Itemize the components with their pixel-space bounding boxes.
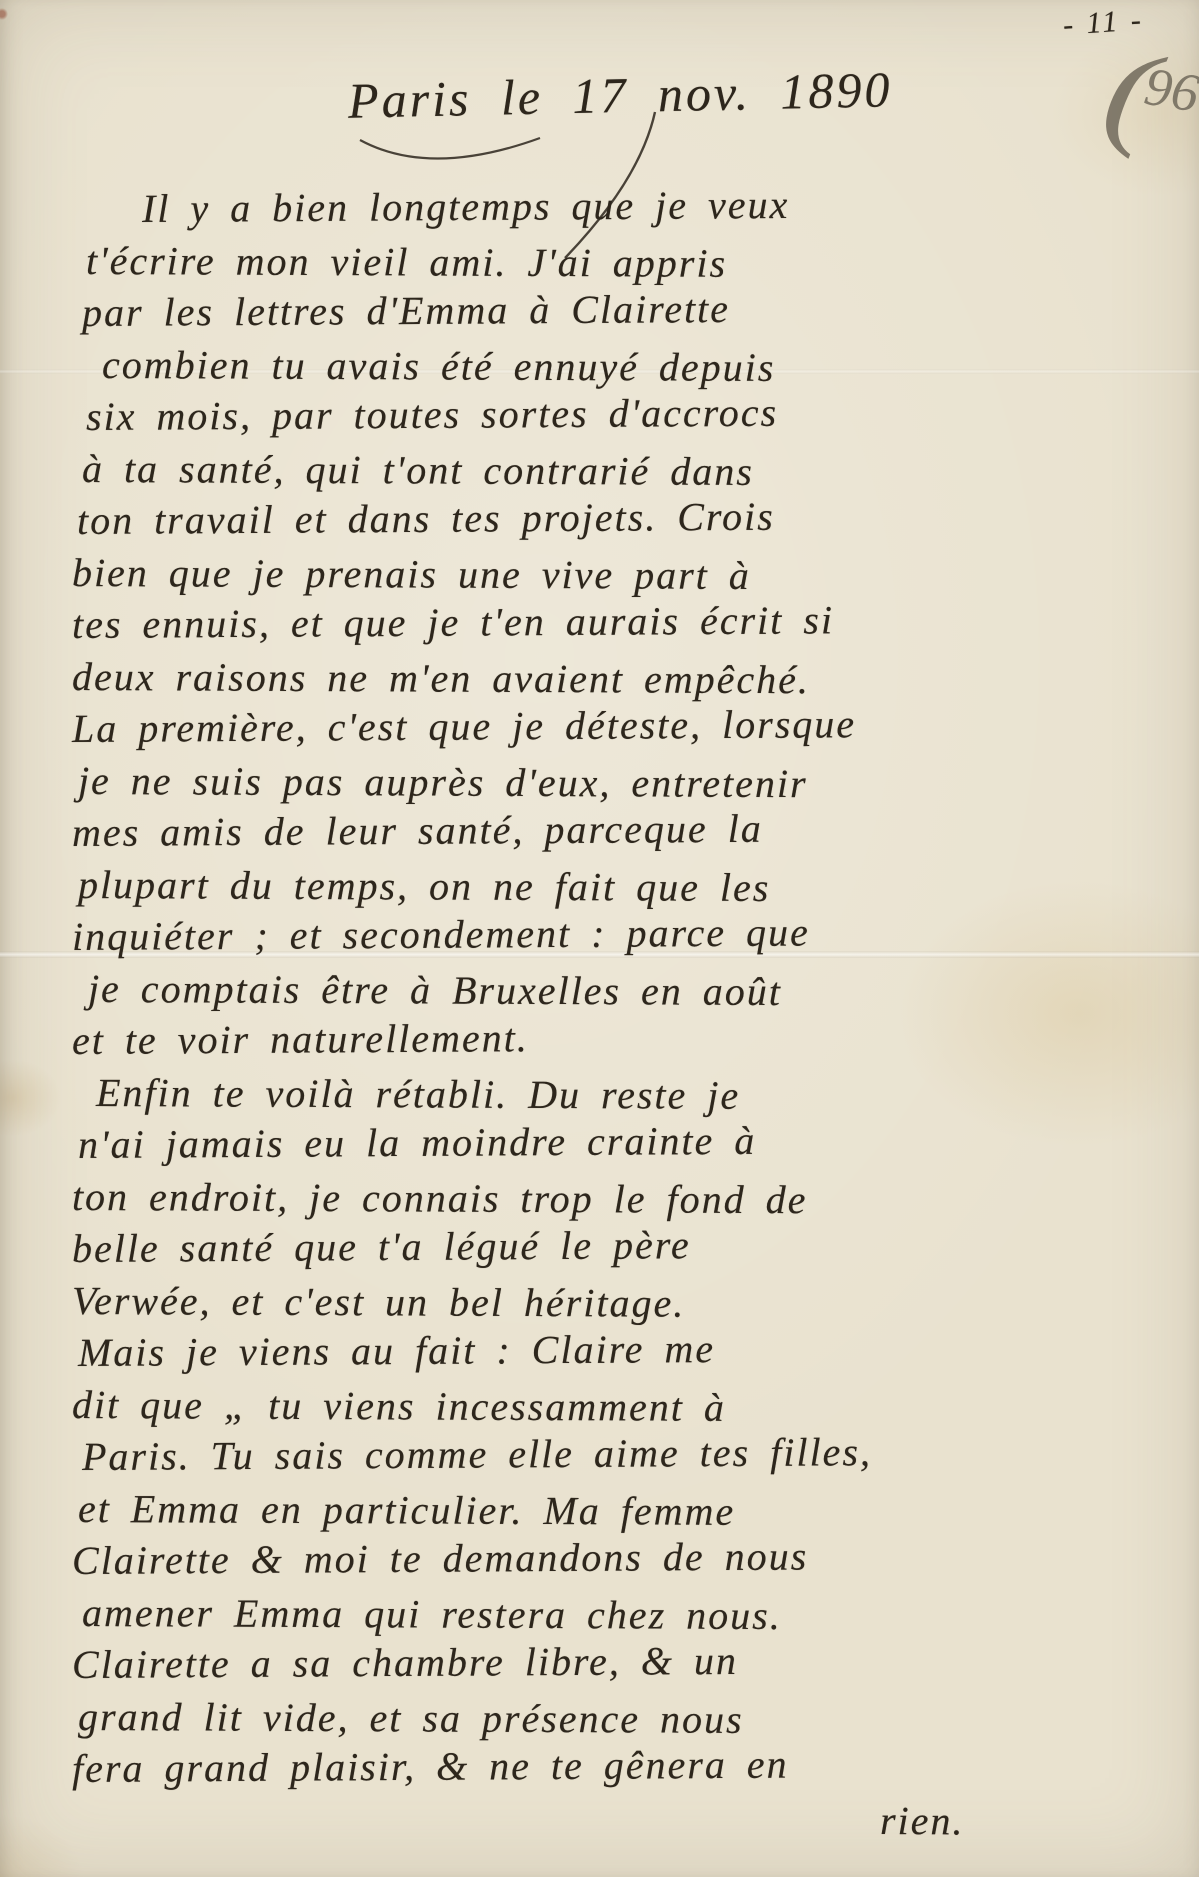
letter-scan: - 11 - (96 Paris le 17 nov. 1890 Il y a …	[0, 0, 1199, 1877]
letter-line: et te voir naturellement.	[72, 1009, 1132, 1067]
letter-line: Mais je viens au fait : Claire me	[78, 1321, 1132, 1379]
letter-line: Clairette a sa chambre libre, & un	[72, 1633, 1132, 1691]
letter-line: rien.	[880, 1795, 1132, 1848]
letter-body: Il y a bien longtemps que je veux t'écri…	[72, 183, 1132, 1847]
letter-line: n'ai jamais eu la moindre crainte à	[78, 1113, 1132, 1171]
letter-line: tes ennuis, et que je t'en aurais écrit …	[72, 593, 1132, 651]
letter-line: Clairette & moi te demandons de nous	[72, 1529, 1132, 1587]
letter-line: inquiéter ; et secondement : parce que	[72, 905, 1132, 963]
letter-line: ton travail et dans tes projets. Crois	[77, 489, 1132, 547]
letter-line: six mois, par toutes sortes d'accrocs	[86, 385, 1132, 443]
letter-line: fera grand plaisir, & ne te gênera en	[72, 1737, 1132, 1795]
letter-line: par les lettres d'Emma à Clairette	[82, 281, 1132, 339]
letter-line: Paris. Tu sais comme elle aime tes fille…	[82, 1425, 1132, 1483]
pencil-annotation: (96	[1102, 42, 1199, 154]
letter-line: belle santé que t'a légué le père	[72, 1217, 1132, 1275]
dateline: Paris le 17 nov. 1890	[347, 60, 893, 129]
letter-line: La première, c'est que je déteste, lorsq…	[72, 697, 1132, 755]
letter-line: mes amis de leur santé, parceque la	[72, 801, 1132, 859]
letter-line: Il y a bien longtemps que je veux	[142, 177, 1132, 235]
pencil-paren: (	[1098, 41, 1162, 147]
